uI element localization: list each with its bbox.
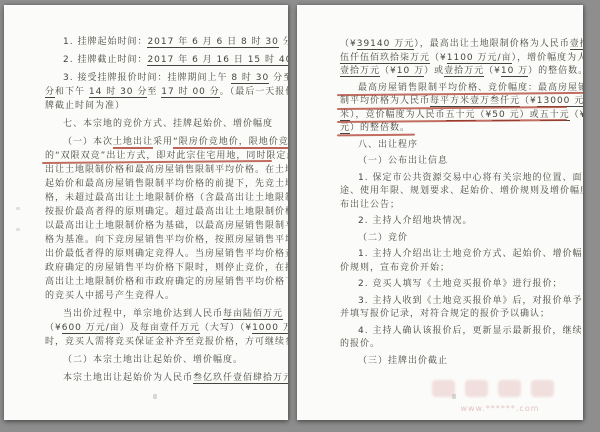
text: （¥ <box>340 39 357 49</box>
text: 2. 挂牌截止时间： <box>63 55 147 65</box>
paragraph: 2. 挂牌截止时间：2017 年 6 月 16 日 15 时 40 分； <box>45 53 267 67</box>
text-line: 最高房屋销售限制平均价格、竞价幅度：最高房屋销售限 <box>340 82 580 96</box>
text-line: 的报价。 <box>340 338 562 352</box>
text-line: 2. 竞买人填写《土地竞买报价单》进行报价； <box>340 278 562 292</box>
paragraph: 最高房屋销售限制平均价格、竞价幅度：最高房屋销售限制平均价格为人民币每平方米壹万… <box>340 82 562 136</box>
text-line: 高出让土地限制价格和市政府确定的房屋销售平均价格下限 <box>45 275 267 289</box>
text: 七、本宗地的竞价方式、挂牌起始价、增价幅度 <box>63 119 273 129</box>
paragraph: 1. 保定市公共资源交易中心将有关宗地的位置、面积、用途、使用年限、规划要求、起… <box>340 172 562 213</box>
text: 2. 竞买人填写《土地竞买报价单》进行报价； <box>358 279 562 289</box>
text: 和下午 <box>55 87 89 97</box>
text: 分； <box>279 37 288 47</box>
text-line: 分和下午 14 时 30 分至 17 时 00 分。（最后一天报价时间以挂 <box>45 85 267 99</box>
red-marked-text: 土地出让 <box>113 137 153 149</box>
text: 的竞买人中摇号产生竞得人。 <box>45 291 175 301</box>
text: 本宗土地出让起始价为人民币 <box>63 373 193 383</box>
text: ）的整倍数。 <box>528 66 583 76</box>
text: 3. 主持人收到《土地竞买报价单》后，对报价单予以审核， <box>358 296 583 306</box>
text: 时，竞买人需将竞买保证金补齐至竞报价格，方可继续参与竞价。 <box>45 337 288 347</box>
scan-speck <box>16 228 20 231</box>
underlined-text: 2017 年 6 月 16 日 15 时 40 <box>147 55 288 66</box>
underlined-text: 叁亿玖仟壹佰肆拾万元 <box>193 373 288 384</box>
text: （¥ <box>45 323 62 333</box>
text-line: 3. 主持人收到《土地竞买报价单》后，对报价单予以审核， <box>340 295 562 309</box>
text-line: 当出价过程中，单宗地价达到人民币每亩陆佰万元（大写） <box>45 307 267 321</box>
underlined-text: 14 时 30 分 <box>89 87 148 98</box>
paragraph: 2. 主持人介绍地块情况。 <box>340 215 562 229</box>
text-line: 出价最低者得的原则确定竞得人。当房屋销售平均价格竞至市 <box>45 247 267 261</box>
underlined-text: 1000 万元/亩 <box>252 323 288 334</box>
text: （¥ <box>520 96 537 106</box>
text: 1. 挂牌起始时间： <box>63 37 147 47</box>
underlined-text: 米 <box>340 110 350 121</box>
text-line: 七、本宗地的竞价方式、挂牌起始价、增价幅度 <box>45 117 267 131</box>
text-line: （一）公布出让信息 <box>340 155 562 169</box>
text: 当出价过程中，单宗地价达到人民币 <box>63 309 223 319</box>
text: （一）本次 <box>63 137 113 147</box>
text-line: （三）挂牌出价截止 <box>340 355 562 369</box>
text: 高出让土地限制价格和市政府确定的房屋销售平均价格下限 <box>45 277 288 287</box>
text: 起始价和最高房屋销售限制平均价格的前提下，先竞土地价 <box>45 179 288 189</box>
text: （¥ <box>570 110 583 120</box>
text-line: （一）本次土地出让采用“限房价竞地价，限地价竞房价” <box>45 135 267 149</box>
underlined-text: 五十元 <box>446 110 476 121</box>
paragraph: （¥39140 万元），最高出让土地限制价格为人民币壹拾陆亿伍仟伍佰玖拾柒万元（… <box>340 38 562 79</box>
text: （二）本宗土地出让起始价、增价幅度。 <box>63 355 243 365</box>
text-line: 出让土地限制价格和最高房屋销售限制平均价格。在土地出让 <box>45 163 267 177</box>
text: 。（最后一天报价时间以挂 <box>220 87 288 97</box>
text-line: 价规则，宣布竞价开始； <box>340 262 562 276</box>
text: （一）公布出让信息 <box>358 156 448 166</box>
text-line: 米），竞价幅度为人民币五十元（¥50 元）或五十元（¥50 <box>340 109 562 123</box>
underlined-text: 每亩壹仟万元 <box>140 323 200 334</box>
text-line: 元）的整倍数。 <box>340 122 410 136</box>
paragraph: 七、本宗地的竞价方式、挂牌起始价、增价幅度 <box>45 117 267 131</box>
text: 的“双限双竞”出让方式，即对此宗住宅用地，同时限定最高 <box>45 151 288 161</box>
text-line: 1. 主持人介绍出让土地竞价方式、起始价、增价幅度等竞 <box>340 248 562 262</box>
text-line: 的“双限双竞”出让方式，即对此宗住宅用地，同时限定最高 <box>45 149 267 163</box>
text-line: 八、出让程序 <box>340 139 562 153</box>
page-number-mark <box>452 394 456 399</box>
text: 出价最低者得的原则确定竞得人。当房屋销售平均价格竞至市 <box>45 249 288 259</box>
underlined-text: 壹拾万元 <box>340 66 380 77</box>
underlined-text: 壹拾陆亿 <box>570 39 583 50</box>
paragraph: （三）挂牌出价截止 <box>340 355 562 369</box>
text-line: 起始价和最高房屋销售限制平均价格的前提下，先竞土地价 <box>45 177 267 191</box>
underlined-text: 8 时 30 <box>231 73 269 84</box>
text: 牌截止时间为准） <box>45 101 125 111</box>
text: 出让土地限制价格和最高房屋销售限制平均价格。在土地出让 <box>45 165 288 175</box>
page-right-text: （¥39140 万元），最高出让土地限制价格为人民币壹拾陆亿伍仟伍佰玖拾柒万元（… <box>340 38 562 371</box>
text: 1. 保定市公共资源交易中心将有关宗地的位置、面积、用 <box>358 173 583 183</box>
underlined-text: 17 时 00 分 <box>161 87 220 98</box>
paragraph: （二）本宗土地出让起始价、增价幅度。 <box>45 353 267 367</box>
text-line: 格，未超过最高出让土地限制价格（含最高出让土地限制价格） <box>45 191 267 205</box>
text-line: 牌截止时间为准） <box>45 99 267 113</box>
text-line: 壹拾万元（¥10 万）或壹拾万元（¥10 万）的整倍数。 <box>340 65 562 79</box>
text-line: 2. 挂牌截止时间：2017 年 6 月 16 日 15 时 40 分； <box>45 53 267 67</box>
text: ），竞价幅度为人民币 <box>350 110 446 120</box>
page-number-mark <box>153 394 157 399</box>
text-line: 1. 挂牌起始时间：2017 年 6 月 6 日 8 时 30 分； <box>45 35 267 49</box>
text-line: 2. 主持人介绍地块情况。 <box>340 215 562 229</box>
paragraph: 1. 挂牌起始时间：2017 年 6 月 6 日 8 时 30 分； <box>45 35 267 49</box>
text: 并填写报价记录，对符合规定的报价予以确认； <box>340 309 550 319</box>
text: ），增价幅度为人民币 <box>512 53 583 63</box>
text: （三）挂牌出价截止 <box>358 356 448 366</box>
document-page-left: 1. 挂牌起始时间：2017 年 6 月 6 日 8 时 30 分；2. 挂牌截… <box>4 5 288 420</box>
underlined-text: 1100 万元/亩 <box>447 53 512 64</box>
text: 1. 主持人介绍出让土地竞价方式、起始价、增价幅度等竞 <box>358 249 583 259</box>
paragraph: （一）公布出让信息 <box>340 155 562 169</box>
text-line: 途、使用年限、规划要求、起始价、增价规则及增价幅度等发 <box>340 185 562 199</box>
text-line: 按报价最高者得的原则确定。超过最高出让土地限制价格的， <box>45 205 267 219</box>
underlined-text: 分 <box>45 87 55 98</box>
document-page-right: （¥39140 万元），最高出让土地限制价格为人民币壹拾陆亿伍仟伍佰玖拾柒万元（… <box>297 5 583 420</box>
underlined-text: 10 万 <box>501 66 528 77</box>
text: 的报价。 <box>340 339 380 349</box>
paragraph: 2. 竞买人填写《土地竞买报价单》进行报价； <box>340 278 562 292</box>
text: 价规则，宣布竞价开始； <box>340 263 450 273</box>
paragraph: 3. 接受挂牌报价时间：挂牌期间上午 8 时 30 分至 11 时 30分和下午… <box>45 71 267 113</box>
underlined-text: 50 元 <box>492 110 519 121</box>
text-line: （二）竞价 <box>340 232 562 246</box>
text-line: 1. 保定市公共资源交易中心将有关宗地的位置、面积、用 <box>340 172 562 186</box>
text: 制平均价格为人民币 <box>340 96 430 106</box>
text: 格，未超过最高出让土地限制价格（含最高出让土地限制价格） <box>45 193 288 203</box>
underlined-text: 壹拾万元 <box>444 66 484 77</box>
text-line: 3. 接受挂牌报价时间：挂牌期间上午 8 时 30 分至 11 时 30 <box>45 71 267 85</box>
page-left-text: 1. 挂牌起始时间：2017 年 6 月 6 日 8 时 30 分；2. 挂牌截… <box>45 35 267 389</box>
paragraph: 当出价过程中，单宗地价达到人民币每亩陆佰万元（大写）（¥600 万元/亩）及每亩… <box>45 307 267 349</box>
text: （¥ <box>380 66 397 76</box>
text: （二）竞价 <box>358 233 408 243</box>
text-line: 伍仟伍佰玖拾柒万元（¥1100 万元/亩），增价幅度为人民币 <box>340 52 562 66</box>
text: （大写） <box>283 309 288 319</box>
underlined-text: 2017 年 6 月 6 日 8 时 30 <box>147 37 278 48</box>
underlined-text: 600 万元/亩 <box>62 323 120 334</box>
text: （大写）（¥ <box>200 323 252 333</box>
text: （¥ <box>476 110 493 120</box>
paragraph: 1. 主持人介绍出让土地竞价方式、起始价、增价幅度等竞价规则，宣布竞价开始； <box>340 248 562 275</box>
text: ）或 <box>424 66 444 76</box>
text-line: （¥39140 万元），最高出让土地限制价格为人民币壹拾陆亿 <box>340 38 562 52</box>
text: 分至 <box>269 73 288 83</box>
text: 格为基准。向下竞房屋销售平均价格，按照房屋销售平均价格 <box>45 235 288 245</box>
paragraph: 4. 主持人确认该报价后，更新显示最新报价，继续接受新的报价。 <box>340 325 562 352</box>
underlined-text: 39140 万元 <box>357 39 415 50</box>
paragraph: 八、出让程序 <box>340 139 562 153</box>
text-line: 并填写报价记录，对符合规定的报价予以确认； <box>340 308 562 322</box>
underlined-text: 13000 元/平方 <box>537 96 583 107</box>
text: （¥ <box>430 53 447 63</box>
underlined-text: 五十元 <box>540 110 570 121</box>
text: 至 <box>147 87 161 97</box>
underlined-text: 伍仟伍佰玖拾柒万元 <box>340 53 430 64</box>
text: 最高房屋销售限制平均价格、竞价幅度：最高房屋销售限 <box>358 83 583 93</box>
paragraph: （二）竞价 <box>340 232 562 246</box>
text: ）的整倍数。 <box>350 123 410 133</box>
text-line: 政府确定的房屋销售平均价格下限时，则停止竞价，在接受最 <box>45 261 267 275</box>
text-line: 以最高出让土地限制价格为基础，以最高房屋销售限制平均价 <box>45 219 267 233</box>
text: （¥ <box>484 66 501 76</box>
text-line: 的竞买人中摇号产生竞得人。 <box>45 289 267 303</box>
paragraph: （一）本次土地出让采用“限房价竞地价，限地价竞房价”的“双限双竞”出让方式，即对… <box>45 135 267 303</box>
text: 以最高出让土地限制价格为基础，以最高房屋销售限制平均价 <box>45 221 288 231</box>
text: 2. 主持人介绍地块情况。 <box>358 216 472 226</box>
text: ），最高出让土地限制价格为人民币 <box>414 39 570 49</box>
scan-speck <box>16 207 20 210</box>
text: ）及 <box>120 323 140 333</box>
paragraph: 本宗土地出让起始价为人民币叁亿玖仟壹佰肆拾万元 <box>45 371 267 385</box>
text-line: （¥600 万元/亩）及每亩壹仟万元（大写）（¥1000 万元/亩） <box>45 321 267 335</box>
text: 按报价最高者得的原则确定。超过最高出让土地限制价格的， <box>45 207 288 217</box>
text: ）或 <box>520 110 540 120</box>
text: 八、出让程序 <box>358 140 418 150</box>
text-line: 格为基准。向下竞房屋销售平均价格，按照房屋销售平均价格 <box>45 233 267 247</box>
underlined-text: 元 <box>340 123 350 134</box>
text-line: （二）本宗土地出让起始价、增价幅度。 <box>45 353 267 367</box>
underlined-text: 10 万 <box>397 66 424 77</box>
text-line: 本宗土地出让起始价为人民币叁亿玖仟壹佰肆拾万元 <box>45 371 267 385</box>
text: 采用 <box>153 137 173 147</box>
text: 政府确定的房屋销售平均价格下限时，则停止竞价，在接受最 <box>45 263 288 273</box>
scanned-document: 1. 挂牌起始时间：2017 年 6 月 6 日 8 时 30 分；2. 挂牌截… <box>0 0 600 432</box>
text: 3. 接受挂牌报价时间：挂牌期间上午 <box>63 73 231 83</box>
text-line: 4. 主持人确认该报价后，更新显示最新报价，继续接受新 <box>340 325 562 339</box>
text-line: 制平均价格为人民币每平方米壹万叁仟元（¥13000 元/平方 <box>340 95 562 109</box>
text: 途、使用年限、规划要求、起始价、增价规则及增价幅度等发 <box>340 186 583 196</box>
text: 布出让公告； <box>340 200 400 210</box>
paragraph: 3. 主持人收到《土地竞买报价单》后，对报价单予以审核，并填写报价记录，对符合规… <box>340 295 562 322</box>
underlined-text: 每平方米壹万叁仟元 <box>430 96 520 107</box>
text: 4. 主持人确认该报价后，更新显示最新报价，继续接受新 <box>358 326 583 336</box>
red-marked-text: “限房价竞地价，限地价竞房价” <box>173 137 288 149</box>
text-line: 时，竞买人需将竞买保证金补齐至竞报价格，方可继续参与竞价。 <box>45 335 267 349</box>
text-line: 布出让公告； <box>340 199 562 213</box>
underlined-text: 每亩陆佰万元 <box>223 309 283 320</box>
